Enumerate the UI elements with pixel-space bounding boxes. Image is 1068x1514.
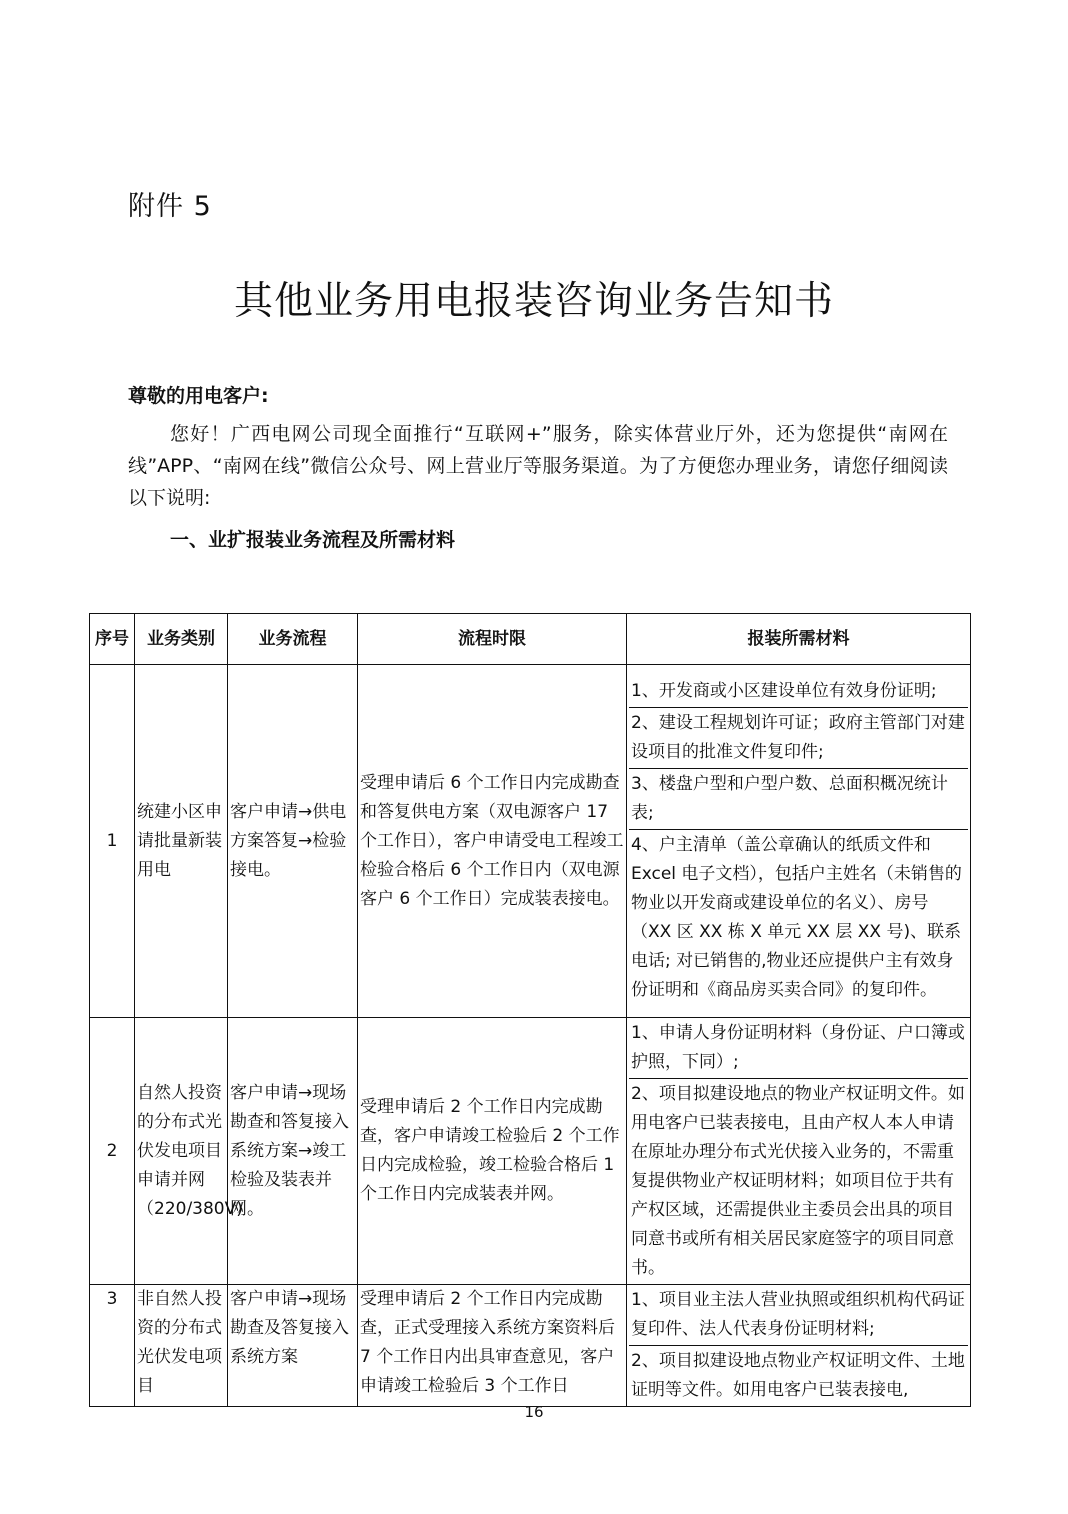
section-heading: 一、业扩报装业务流程及所需材料	[170, 525, 455, 552]
table-row: 2 自然人投资的分布式光伏发电项目申请并网（220/380V) 客户申请→现场勘…	[90, 1018, 971, 1285]
time-limit: 受理申请后 6 个工作日内完成勘查和答复供电方案（双电源客户 17 个工作日），…	[358, 665, 627, 1018]
business-process: 客户申请→供电方案答复→检验接电。	[228, 665, 358, 1018]
row-number: 2	[90, 1018, 135, 1285]
material-item: 2、建设工程规划许可证；政府主管部门对建设项目的批准文件复印件;	[629, 707, 968, 768]
column-header-materials: 报装所需材料	[627, 614, 971, 665]
material-item: 4、户主清单（盖公章确认的纸质文件和 Excel 电子文档），包括户主姓名（未销…	[629, 829, 968, 1006]
row-number: 1	[90, 665, 135, 1018]
attachment-label: 附件 5	[128, 184, 212, 223]
time-limit: 受理申请后 2 个工作日内完成勘查，正式受理接入系统方案资料后 7 个工作日内出…	[358, 1285, 627, 1407]
material-item: 2、项目拟建设地点物业产权证明文件、土地证明等文件。如用电客户已装表接电,	[629, 1345, 968, 1406]
material-item: 2、项目拟建设地点的物业产权证明文件。如用电客户已装表接电，且由产权人本人申请在…	[629, 1078, 968, 1284]
materials-cell: 1、项目业主法人营业执照或组织机构代码证复印件、法人代表身份证明材料; 2、项目…	[627, 1285, 971, 1407]
business-category: 统建小区申请批量新装用电	[135, 665, 228, 1018]
business-process-table: 序号 业务类别 业务流程 流程时限 报装所需材料 1 统建小区申请批量新装用电 …	[89, 613, 971, 1407]
table-row: 3 非自然人投资的分布式光伏发电项目 客户申请→现场勘查及答复接入系统方案 受理…	[90, 1285, 971, 1407]
column-header-no: 序号	[90, 614, 135, 665]
intro-paragraph: 您好！广西电网公司现全面推行“互联网+”服务，除实体营业厅外，还为您提供“南网在…	[128, 418, 948, 514]
time-limit: 受理申请后 2 个工作日内完成勘查，客户申请竣工检验后 2 个工作日内完成检验，…	[358, 1018, 627, 1285]
material-item: 1、项目业主法人营业执照或组织机构代码证复印件、法人代表身份证明材料;	[629, 1285, 968, 1345]
column-header-process: 业务流程	[228, 614, 358, 665]
salutation: 尊敬的用电客户:	[128, 381, 269, 408]
business-process: 客户申请→现场勘查和答复接入系统方案→竣工检验及装表并网。	[228, 1018, 358, 1285]
column-header-category: 业务类别	[135, 614, 228, 665]
business-category: 非自然人投资的分布式光伏发电项目	[135, 1285, 228, 1407]
materials-cell: 1、开发商或小区建设单位有效身份证明; 2、建设工程规划许可证；政府主管部门对建…	[627, 665, 971, 1018]
business-category: 自然人投资的分布式光伏发电项目申请并网（220/380V)	[135, 1018, 228, 1285]
business-process: 客户申请→现场勘查及答复接入系统方案	[228, 1285, 358, 1407]
page-number: 16	[0, 1403, 1068, 1421]
row-number: 3	[90, 1285, 135, 1407]
table-header-row: 序号 业务类别 业务流程 流程时限 报装所需材料	[90, 614, 971, 665]
materials-cell: 1、申请人身份证明材料（身份证、户口簿或护照，下同）; 2、项目拟建设地点的物业…	[627, 1018, 971, 1285]
material-item: 3、楼盘户型和户型户数、总面积概况统计表;	[629, 768, 968, 829]
column-header-time-limit: 流程时限	[358, 614, 627, 665]
material-item: 1、开发商或小区建设单位有效身份证明;	[629, 676, 968, 707]
material-item: 1、申请人身份证明材料（身份证、户口簿或护照，下同）;	[629, 1018, 968, 1078]
document-title: 其他业务用电报装咨询业务告知书	[0, 270, 1068, 326]
table-row: 1 统建小区申请批量新装用电 客户申请→供电方案答复→检验接电。 受理申请后 6…	[90, 665, 971, 1018]
